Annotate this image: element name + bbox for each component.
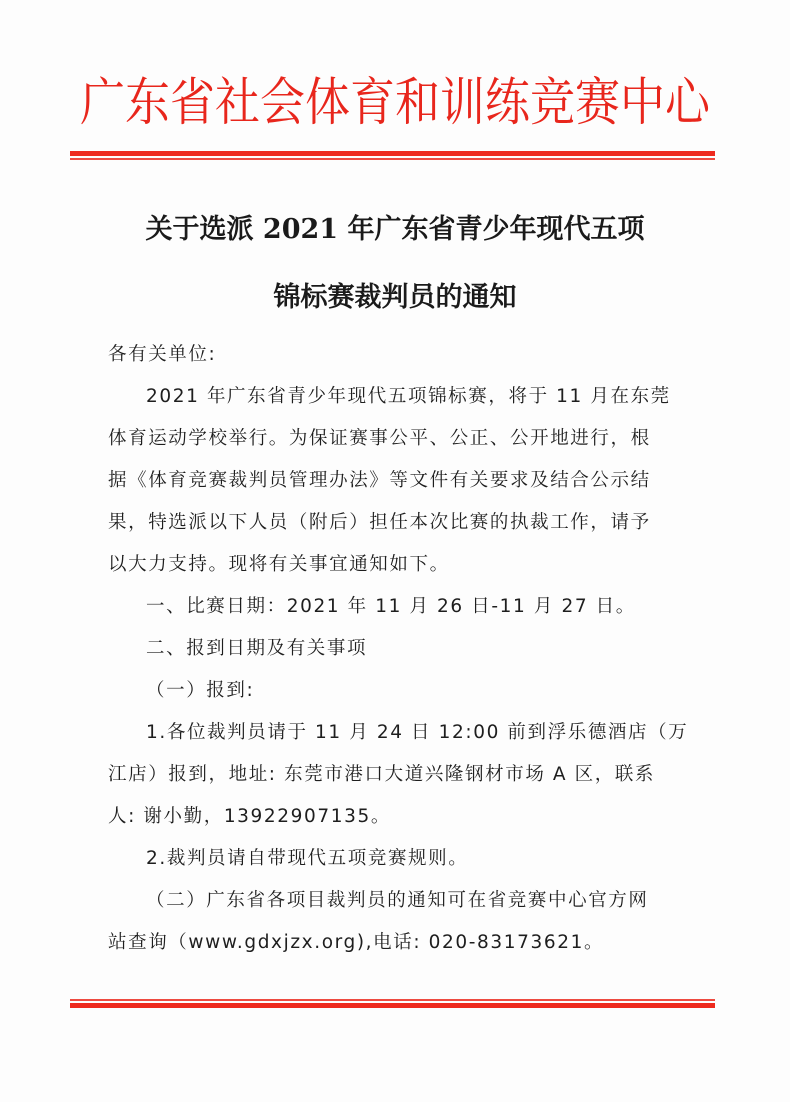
- header-rule-thick: [70, 151, 715, 156]
- item-2: 2.裁判员请自带现代五项竞赛规则。: [146, 846, 468, 872]
- intro-line-5: 以大力支持。现将有关事宜通知如下。: [108, 552, 450, 578]
- letterhead-title: 广东省社会体育和训练竞赛中心: [0, 68, 790, 137]
- item-1-line-2: 江店）报到，地址: 东莞市港口大道兴隆钢材市场 A 区，联系: [108, 762, 655, 788]
- item-1-line-1: 1.各位裁判员请于 11 月 24 日 12:00 前到浮乐德酒店（万: [146, 720, 688, 746]
- intro-line-3: 据《体育竞赛裁判员管理办法》等文件有关要求及结合公示结: [108, 468, 651, 494]
- item-1-line-3: 人: 谢小勤，13922907135。: [108, 804, 391, 830]
- footer-rule-thin: [70, 999, 715, 1001]
- intro-line-2: 体育运动学校举行。为保证赛事公平、公正、公开地进行，根: [108, 426, 651, 452]
- section-2-heading: 二、报到日期及有关事项: [146, 636, 367, 662]
- subsection-1-heading: （一）报到:: [146, 678, 254, 704]
- document-title-line1: 关于选派 2021 年广东省青少年现代五项: [0, 212, 790, 248]
- intro-line-4: 果，特选派以下人员（附后）担任本次比赛的执裁工作，请予: [108, 510, 651, 536]
- subsection-2-line-2: 站查询（www.gdxjzx.org),电话: 020-83173621。: [108, 930, 604, 956]
- salutation: 各有关单位:: [108, 342, 216, 368]
- section-1-match-dates: 一、比赛日期：2021 年 11 月 26 日-11 月 27 日。: [146, 594, 636, 620]
- intro-line-1: 2021 年广东省青少年现代五项锦标赛，将于 11 月在东莞: [146, 384, 671, 410]
- subsection-2-line-1: （二）广东省各项目裁判员的通知可在省竞赛中心官方网: [146, 888, 649, 914]
- footer-rule-thick: [70, 1003, 715, 1008]
- document-title-line2: 锦标赛裁判员的通知: [0, 280, 790, 316]
- header-rule-thin: [70, 158, 715, 160]
